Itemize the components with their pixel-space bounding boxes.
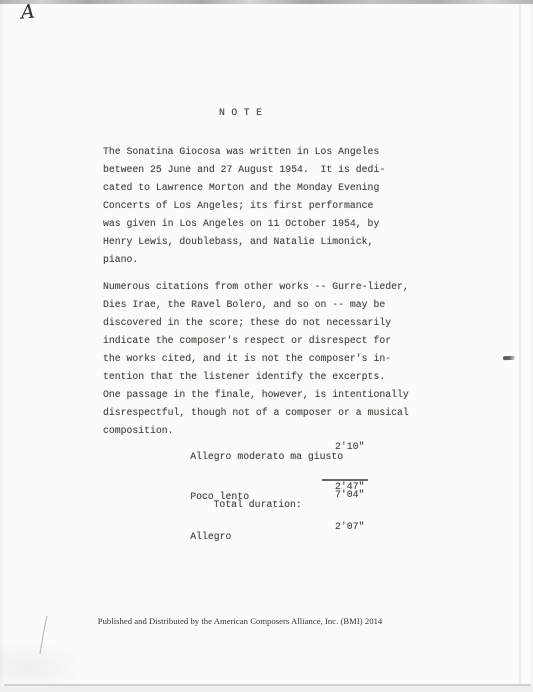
scan-right-crease [519,4,521,684]
text-line: composition. [103,422,409,440]
text-line: Concerts of Los Angeles; its first perfo… [103,197,385,215]
timing-row: Allegro moderato ma giusto 2'10" [155,442,343,482]
paragraph-citations: Numerous citations from other works -- G… [103,278,409,440]
text-line: Numerous citations from other works -- G… [103,278,409,296]
text-line: discovered in the score; these do not ne… [103,314,409,332]
text-line: One passage in the finale, however, is i… [103,386,409,404]
scan-bottom-background [0,686,533,692]
movement-label: Allegro moderato ma giusto [190,451,343,462]
pen-stroke-mark [36,612,52,660]
text-line: Henry Lewis, doublebass, and Natalie Lim… [103,233,385,251]
total-sum-rule [322,479,368,481]
text-line: piano. [103,251,385,269]
text-line: Dies Irae, the Ravel Bolero, and so on -… [103,296,409,314]
text-line: was given in Los Angeles on 11 October 1… [103,215,385,233]
text-line: indicate the composer's respect or disre… [103,332,409,350]
movement-label: Allegro [190,531,231,542]
scanned-document-page: A N O T E The Sonatina Giocosa was writt… [0,0,533,692]
publisher-footer: Published and Distributed by the America… [0,616,480,626]
text-line: between 25 June and 27 August 1954. It i… [103,161,385,179]
total-duration-row: Total duration: 7'04" [190,490,302,530]
text-line: disrespectful, though not of a composer … [103,404,409,422]
handwritten-corner-annotation: A [20,0,36,23]
text-line: The Sonatina Giocosa was written in Los … [103,143,385,161]
movement-duration: 2'07" [335,522,364,532]
text-line: the works cited, and it is not the compo… [103,350,409,368]
note-heading: N O T E [219,104,262,122]
text-line: tention that the listener identify the e… [103,368,409,386]
text-line: cated to Lawrence Morton and the Monday … [103,179,385,197]
paragraph-dedication: The Sonatina Giocosa was written in Los … [103,143,385,269]
total-duration-value: 7'04" [335,490,364,500]
movement-duration: 2'10" [335,442,364,452]
scan-top-edge-artifact [0,0,533,4]
ink-smudge-mark [503,356,515,360]
total-duration-label: Total duration: [214,499,302,510]
